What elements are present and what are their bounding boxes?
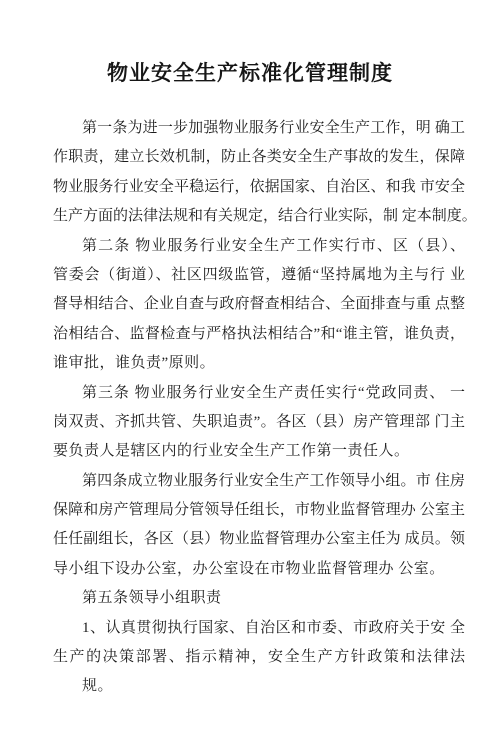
text-line: 谁审批，谁负责”原则。 — [53, 349, 465, 378]
text-line: 治相结合、监督检查与严格执法相结合”和“谁主管，谁负责， — [53, 320, 465, 349]
document-body: 第一条为进一步加强物业服务行业安全生产工作，明 确工作职责，建立长效机制，防止各… — [53, 114, 465, 702]
document-title: 物业安全生产标准化管理制度 — [0, 57, 500, 87]
text-line: 导小组下设办公室，办公室设在市物业监督管理办 公室。 — [53, 555, 465, 584]
text-line: 岗双责、齐抓共管、失职追责”。各区（县）房产管理部 门主 — [53, 408, 465, 437]
text-line: 第三条 物业服务行业安全生产责任实行“党政同责、 一 — [53, 379, 465, 408]
text-line: 1、认真贯彻执行国家、自治区和市委、市政府关于安 全 — [53, 614, 465, 643]
text-line: 规。 — [53, 672, 465, 701]
text-line: 第五条领导小组职责 — [53, 584, 465, 613]
text-line: 督导相结合、企业自查与政府督查相结合、全面排查与重 点整 — [53, 290, 465, 319]
text-line: 要负责人是辖区内的行业安全生产工作第一责任人。 — [53, 437, 465, 466]
text-line: 保障和房产管理局分管领导任组长，市物业监督管理办 公室主 — [53, 496, 465, 525]
text-line: 管委会（街道）、社区四级监管，遵循“坚持属地为主与行 业 — [53, 261, 465, 290]
text-line: 第四条成立物业服务行业安全生产工作领导小组。市 住房 — [53, 467, 465, 496]
text-line: 任任副组长，各区（县）物业监督管理办公室主任为 成员。领 — [53, 525, 465, 554]
text-line: 生产方面的法律法规和有关规定，结合行业实际，制 定本制度。 — [53, 202, 465, 231]
document-page: 物业安全生产标准化管理制度 第一条为进一步加强物业服务行业安全生产工作，明 确工… — [0, 0, 500, 747]
text-line: 第一条为进一步加强物业服务行业安全生产工作，明 确工 — [53, 114, 465, 143]
text-line: 第二条 物业服务行业安全生产工作实行市、区（县）、 — [53, 232, 465, 261]
text-line: 物业服务行业安全平稳运行，依据国家、自治区、和我 市安全 — [53, 173, 465, 202]
text-line: 作职责，建立长效机制，防止各类安全生产事故的发生，保障 — [53, 143, 465, 172]
text-line: 生产的决策部署、指示精神，安全生产方针政策和法律法 — [53, 643, 465, 672]
